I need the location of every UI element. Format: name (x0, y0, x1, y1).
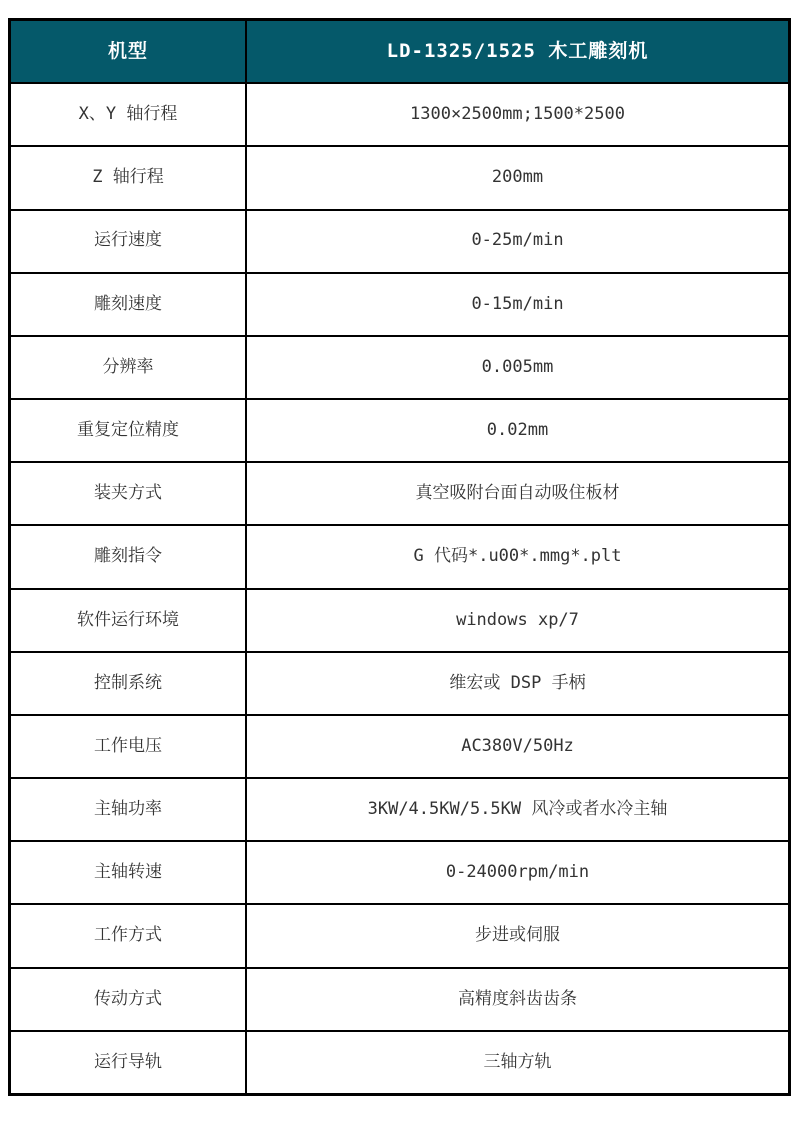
row-value-cell: windows xp/7 (247, 590, 788, 651)
row-value-cell: 真空吸附台面自动吸住板材 (247, 463, 788, 524)
row-value-cell: AC380V/50Hz (247, 716, 788, 777)
header-label-cell: 机型 (11, 21, 247, 82)
table-row: 控制系统维宏或 DSP 手柄 (11, 651, 788, 714)
table-header-row: 机型 LD-1325/1525 木工雕刻机 (11, 21, 788, 82)
table-row: 主轴转速0-24000rpm/min (11, 840, 788, 903)
table-row: 雕刻速度0-15m/min (11, 272, 788, 335)
spec-table: 机型 LD-1325/1525 木工雕刻机 X、Y 轴行程1300×2500mm… (8, 18, 791, 1096)
row-value-cell: 0.005mm (247, 337, 788, 398)
row-value-cell: 高精度斜齿齿条 (247, 969, 788, 1030)
row-label-cell: X、Y 轴行程 (11, 84, 247, 145)
table-row: 运行导轨三轴方轨 (11, 1030, 788, 1093)
row-label-cell: 运行速度 (11, 211, 247, 272)
row-label-cell: 雕刻指令 (11, 526, 247, 587)
row-label-cell: 装夹方式 (11, 463, 247, 524)
row-value-cell: 1300×2500mm;1500*2500 (247, 84, 788, 145)
table-row: 重复定位精度0.02mm (11, 398, 788, 461)
row-label-cell: 主轴转速 (11, 842, 247, 903)
table-row: 分辨率0.005mm (11, 335, 788, 398)
row-label-cell: 软件运行环境 (11, 590, 247, 651)
table-row: 装夹方式真空吸附台面自动吸住板材 (11, 461, 788, 524)
row-label-cell: 主轴功率 (11, 779, 247, 840)
table-row: X、Y 轴行程1300×2500mm;1500*2500 (11, 82, 788, 145)
row-label-cell: 传动方式 (11, 969, 247, 1030)
page: 机型 LD-1325/1525 木工雕刻机 X、Y 轴行程1300×2500mm… (0, 0, 800, 1136)
header-value-cell: LD-1325/1525 木工雕刻机 (247, 21, 788, 82)
row-value-cell: 0-25m/min (247, 211, 788, 272)
row-value-cell: 200mm (247, 147, 788, 208)
row-label-cell: 工作电压 (11, 716, 247, 777)
row-label-cell: 工作方式 (11, 905, 247, 966)
row-label-cell: 分辨率 (11, 337, 247, 398)
row-value-cell: G 代码*.u00*.mmg*.plt (247, 526, 788, 587)
table-row: 运行速度0-25m/min (11, 209, 788, 272)
row-label-cell: 重复定位精度 (11, 400, 247, 461)
row-value-cell: 0-24000rpm/min (247, 842, 788, 903)
table-row: 工作电压AC380V/50Hz (11, 714, 788, 777)
table-row: 雕刻指令G 代码*.u00*.mmg*.plt (11, 524, 788, 587)
row-label-cell: 控制系统 (11, 653, 247, 714)
row-label-cell: 运行导轨 (11, 1032, 247, 1093)
row-label-cell: 雕刻速度 (11, 274, 247, 335)
table-row: 软件运行环境windows xp/7 (11, 588, 788, 651)
row-value-cell: 步进或伺服 (247, 905, 788, 966)
row-label-cell: Z 轴行程 (11, 147, 247, 208)
table-row: 主轴功率3KW/4.5KW/5.5KW 风冷或者水冷主轴 (11, 777, 788, 840)
row-value-cell: 0-15m/min (247, 274, 788, 335)
row-value-cell: 三轴方轨 (247, 1032, 788, 1093)
row-value-cell: 0.02mm (247, 400, 788, 461)
row-value-cell: 维宏或 DSP 手柄 (247, 653, 788, 714)
table-row: 传动方式高精度斜齿齿条 (11, 967, 788, 1030)
row-value-cell: 3KW/4.5KW/5.5KW 风冷或者水冷主轴 (247, 779, 788, 840)
table-row: 工作方式步进或伺服 (11, 903, 788, 966)
table-row: Z 轴行程200mm (11, 145, 788, 208)
